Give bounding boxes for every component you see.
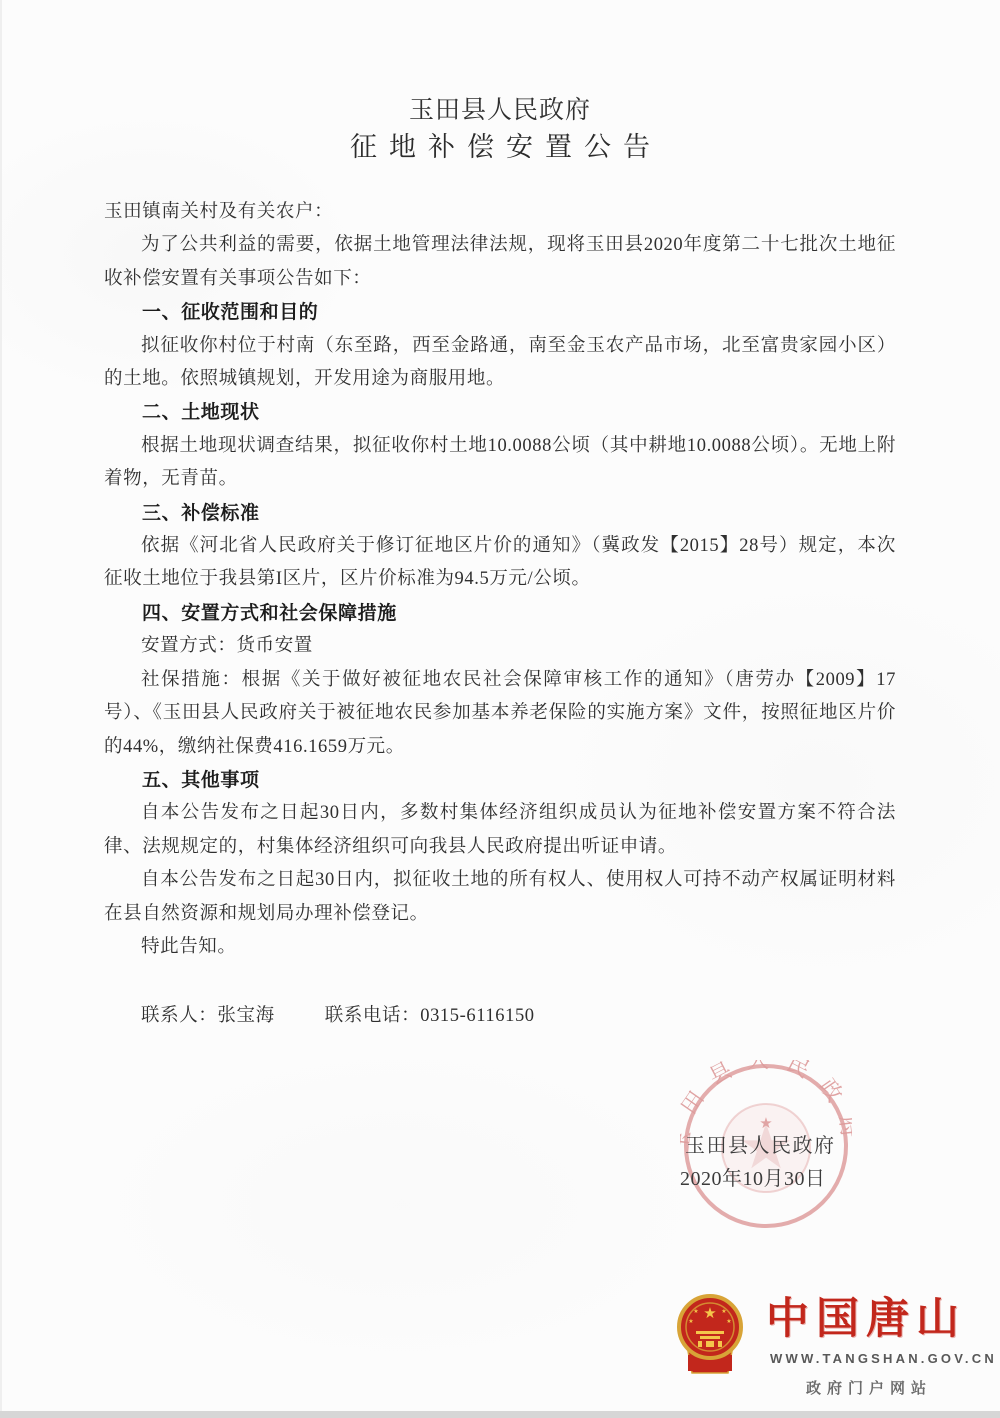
svg-text:★: ★ (688, 1318, 693, 1325)
section-3-paragraph: 依据《河北省人民政府关于修订征地区片价的通知》（冀政发【2015】28号）规定，… (104, 530, 896, 597)
document-body: 玉田镇南关村及有关农户： 为了公共利益的需要，依据土地管理法律法规，现将玉田县2… (104, 196, 896, 1034)
portal-site-url: WWW.TANGSHAN.GOV.CN (770, 1351, 997, 1366)
svg-text:★: ★ (693, 1308, 698, 1315)
salutation: 玉田镇南关村及有关农户： (104, 196, 896, 229)
intro-paragraph: 为了公共利益的需要，依据土地管理法律法规，现将玉田县2020年度第二十七批次土地… (104, 229, 896, 296)
svg-text:★: ★ (726, 1318, 731, 1325)
svg-text:★: ★ (721, 1308, 726, 1315)
national-emblem-icon: ★ ★ ★ ★ ★ (676, 1293, 744, 1377)
section-2-heading: 二、土地现状 (104, 396, 896, 429)
portal-site-name: 中国唐山 (766, 1294, 976, 1346)
signature-date: 2020年10月30日 (680, 1162, 826, 1191)
section-1-paragraph: 拟征收你村位于村南（东至路，西至金路通，南至金玉农产品市场，北至富贵家园小区）的… (104, 330, 896, 397)
scan-edge-bottom (0, 1411, 1000, 1418)
contact-person-value: 张宝海 (217, 1006, 274, 1026)
section-3-heading: 三、补偿标准 (104, 497, 896, 530)
section-2-paragraph: 根据土地现状调查结果，拟征收你村土地10.0088公顷（其中耕地10.0088公… (104, 430, 896, 497)
section-4-heading: 四、安置方式和社会保障措施 (104, 597, 896, 630)
section-5-paragraph-2: 自本公告发布之日起30日内，拟征收土地的所有权人、使用权人可持不动产权属证明材料… (104, 864, 896, 931)
portal-site-caption: 政府门户网站 (806, 1377, 932, 1398)
section-5-paragraph-3: 特此告知。 (104, 931, 896, 964)
contact-phone-value: 0315-6116150 (420, 1006, 534, 1026)
scan-edge-left (0, 0, 2, 1418)
emblem-big-star-icon: ★ (703, 1304, 716, 1322)
scanned-document-page: 玉田县人民政府 征地补偿安置公告 玉田镇南关村及有关农户： 为了公共利益的需要，… (0, 0, 1000, 1418)
section-5-paragraph-1: 自本公告发布之日起30日内，多数村集体经济组织成员认为征地补偿安置方案不符合法律… (104, 797, 896, 864)
section-4-paragraph-1: 安置方式：货币安置 (104, 630, 896, 663)
contact-line: 联系人：张宝海联系电话：0315-6116150 (104, 1000, 896, 1033)
signature-org: 玉田县人民政府 (685, 1129, 836, 1158)
section-1-heading: 一、征收范围和目的 (104, 296, 896, 329)
contact-phone-label: 联系电话： (325, 1006, 421, 1026)
contact-person-label: 联系人： (141, 1006, 217, 1026)
section-4-paragraph-2: 社保措施：根据《关于做好被征地农民社会保障审核工作的通知》（唐劳办【2009】1… (104, 664, 896, 764)
document-title: 征地补偿安置公告 (0, 125, 1000, 164)
document-org-title: 玉田县人民政府 (0, 90, 1000, 126)
section-5-heading: 五、其他事项 (104, 764, 896, 797)
